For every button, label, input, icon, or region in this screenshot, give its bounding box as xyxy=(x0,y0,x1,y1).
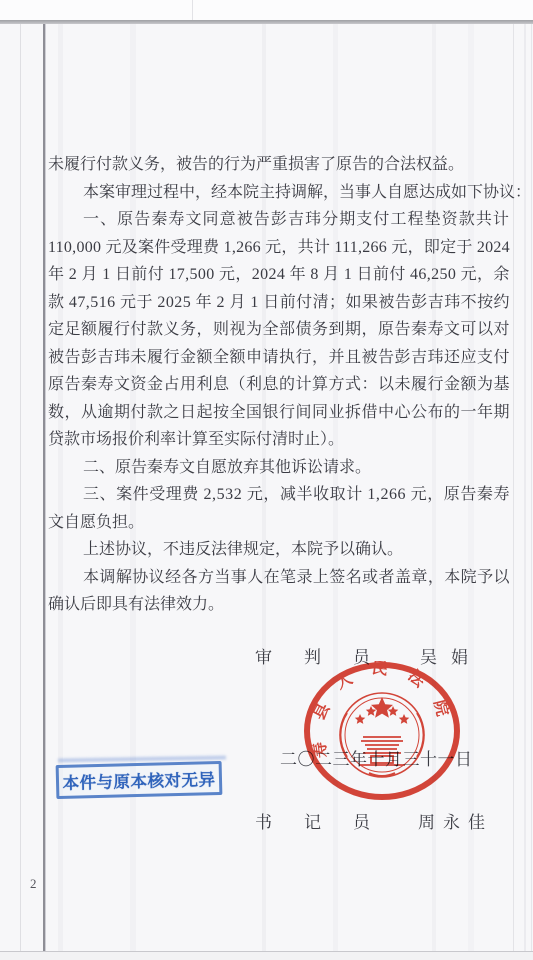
page-number: 2 xyxy=(30,876,37,892)
document-line: 三、案件受理费 2,532 元，减半收取计 1,266 元，原告秦寿 xyxy=(48,481,510,509)
emblem-gate xyxy=(359,737,405,765)
document-line: 原告秦寿文资金占用利息（利息的计算方式：以未履行金额为基 xyxy=(48,371,510,399)
document-line: 确认后即具有法律效力。 xyxy=(48,591,510,619)
scanner-top-band xyxy=(0,0,533,20)
court-seal-icon: 寿县人民法院 xyxy=(301,661,463,803)
scan-streak xyxy=(531,24,532,951)
document-line: 二、原告秦寿文自愿放弃其他诉讼请求。 xyxy=(48,454,510,482)
document-line: 数，从逾期付款之日起按全国银行间同业拆借中心公布的一年期 xyxy=(48,399,510,427)
document-line: 110,000 元及案件受理费 1,266 元，共计 111,266 元，即定于… xyxy=(48,234,510,262)
document-line: 文自愿负担。 xyxy=(48,509,510,537)
document-line: 上述协议，不违反法律规定，本院予以确认。 xyxy=(48,536,510,564)
fold-line xyxy=(20,24,21,951)
document-line: 本调解协议经各方当事人在笔录上签名或者盖章，本院予以 xyxy=(48,564,510,592)
document-line: 款 47,516 元于 2025 年 2 月 1 日前付清；如果被告彭吉玮不按约 xyxy=(48,289,510,317)
document-line: 一、原告秦寿文同意被告彭吉玮分期支付工程垫资款共计 xyxy=(48,206,510,234)
body-text: 未履行付款义务，被告的行为严重损害了原告的合法权益。本案审理过程中，经本院主持调… xyxy=(48,151,510,619)
document-line: 贷款市场报价利率计算至实际付清时止）。 xyxy=(48,426,510,454)
binding-line-shadow xyxy=(45,24,46,951)
document-line: 定足额履行付款义务，则视为全部债务到期，原告秦寿文可以对 xyxy=(48,316,510,344)
verification-stamp: 本件与原本核对无异 xyxy=(56,761,223,799)
scanner-top-seam xyxy=(192,0,193,20)
scan-streak xyxy=(524,24,526,951)
document-line: 被告彭吉玮未履行金额全额申请执行，并且被告彭吉玮还应支付 xyxy=(48,344,510,372)
clerk-name: 周永佳 xyxy=(418,808,493,833)
document-line: 年 2 月 1 日前付 17,500 元，2024 年 8 月 1 日前付 46… xyxy=(48,261,510,289)
scanner-bottom-band xyxy=(0,952,533,960)
scanned-court-document: 未履行付款义务，被告的行为严重损害了原告的合法权益。本案审理过程中，经本院主持调… xyxy=(0,0,533,960)
scan-streak xyxy=(513,24,514,951)
document-line: 本案审理过程中，经本院主持调解，当事人自愿达成如下协议： xyxy=(48,179,510,207)
clerk-title: 书记员 xyxy=(255,808,402,833)
document-line: 未履行付款义务，被告的行为严重损害了原告的合法权益。 xyxy=(48,151,510,179)
verification-stamp-text: 本件与原本核对无异 xyxy=(62,766,216,794)
